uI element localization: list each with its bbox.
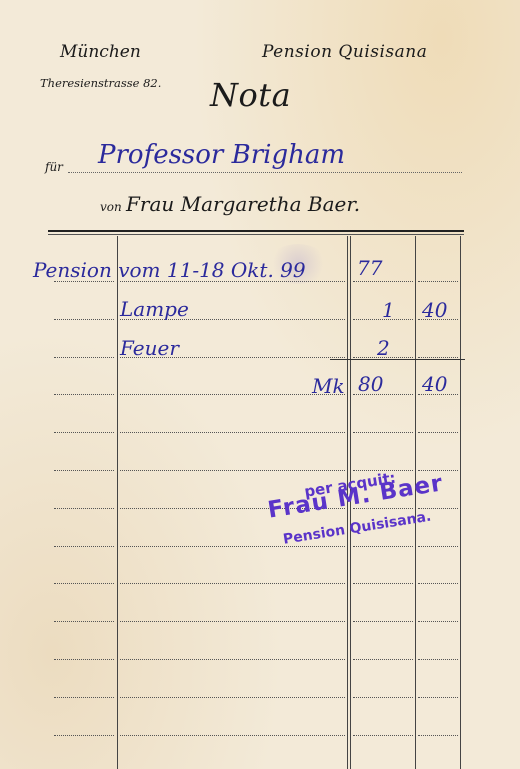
ledger-dotted-line	[353, 659, 413, 660]
line-item-marks: 77	[357, 256, 382, 280]
ledger-dotted-line	[54, 319, 114, 320]
ledger-dotted-line	[353, 546, 413, 547]
column-divider-pfennig	[415, 236, 416, 769]
ledger-dotted-line	[418, 621, 458, 622]
total-pfennig: 40	[422, 372, 447, 396]
ledger-dotted-line	[54, 432, 114, 433]
ledger-dotted-line	[353, 281, 413, 282]
line-item-marks: 2	[377, 336, 390, 360]
line-item-marks: 1	[382, 298, 395, 322]
ledger-dotted-line	[54, 508, 114, 509]
column-divider-description	[117, 236, 118, 769]
ledger-dotted-line	[120, 470, 345, 471]
sum-underline	[330, 359, 465, 360]
table-top-rule-thin	[48, 234, 464, 235]
document-title: Nota	[210, 76, 291, 114]
line-item-description: Lampe	[120, 297, 189, 321]
total-currency: Mk	[312, 374, 345, 398]
ledger-dotted-line	[120, 546, 345, 547]
ledger-dotted-line	[54, 583, 114, 584]
ledger-dotted-line	[54, 470, 114, 471]
ledger-dotted-line	[54, 621, 114, 622]
issuer-value: Frau Margaretha Baer.	[126, 192, 360, 216]
ledger-dotted-line	[418, 659, 458, 660]
ledger-dotted-line	[54, 659, 114, 660]
ledger-dotted-line	[54, 735, 114, 736]
recipient-label: für	[45, 160, 63, 174]
letterhead-city: München	[60, 42, 141, 62]
ledger-dotted-line	[54, 546, 114, 547]
ledger-dotted-line	[353, 432, 413, 433]
ledger-dotted-line	[353, 621, 413, 622]
ledger-dotted-line	[418, 281, 458, 282]
issuer-label: von	[100, 200, 122, 214]
ledger-dotted-line	[418, 735, 458, 736]
ledger-dotted-line	[353, 583, 413, 584]
ledger-dotted-line	[418, 357, 458, 358]
ledger-dotted-line	[120, 697, 345, 698]
ledger-dotted-line	[418, 583, 458, 584]
ledger-dotted-line	[418, 697, 458, 698]
ledger-dotted-line	[54, 697, 114, 698]
ledger-dotted-line	[120, 659, 345, 660]
table-top-rule	[48, 230, 464, 232]
ledger-dotted-line	[120, 583, 345, 584]
ledger-dotted-line	[120, 735, 345, 736]
ledger-dotted-line	[54, 357, 114, 358]
ledger-dotted-line	[418, 546, 458, 547]
recipient-value: Professor Brigham	[98, 140, 345, 170]
ledger-dotted-line	[120, 621, 345, 622]
line-item-pfennig: 40	[422, 298, 447, 322]
ledger-dotted-line	[353, 735, 413, 736]
ledger-dotted-line	[353, 697, 413, 698]
letterhead-pension-name: Pension Quisisana	[262, 42, 427, 62]
ledger-dotted-line	[54, 394, 114, 395]
ledger-dotted-line	[418, 432, 458, 433]
letterhead-street: Theresienstrasse 82.	[40, 76, 161, 90]
total-marks: 80	[358, 372, 383, 396]
line-item-description: Feuer	[120, 336, 179, 360]
recipient-dotted-line	[68, 172, 462, 173]
line-item-description: Pension vom 11-18 Okt. 99	[33, 258, 306, 282]
ledger-dotted-line	[120, 432, 345, 433]
column-divider-right	[460, 236, 461, 769]
